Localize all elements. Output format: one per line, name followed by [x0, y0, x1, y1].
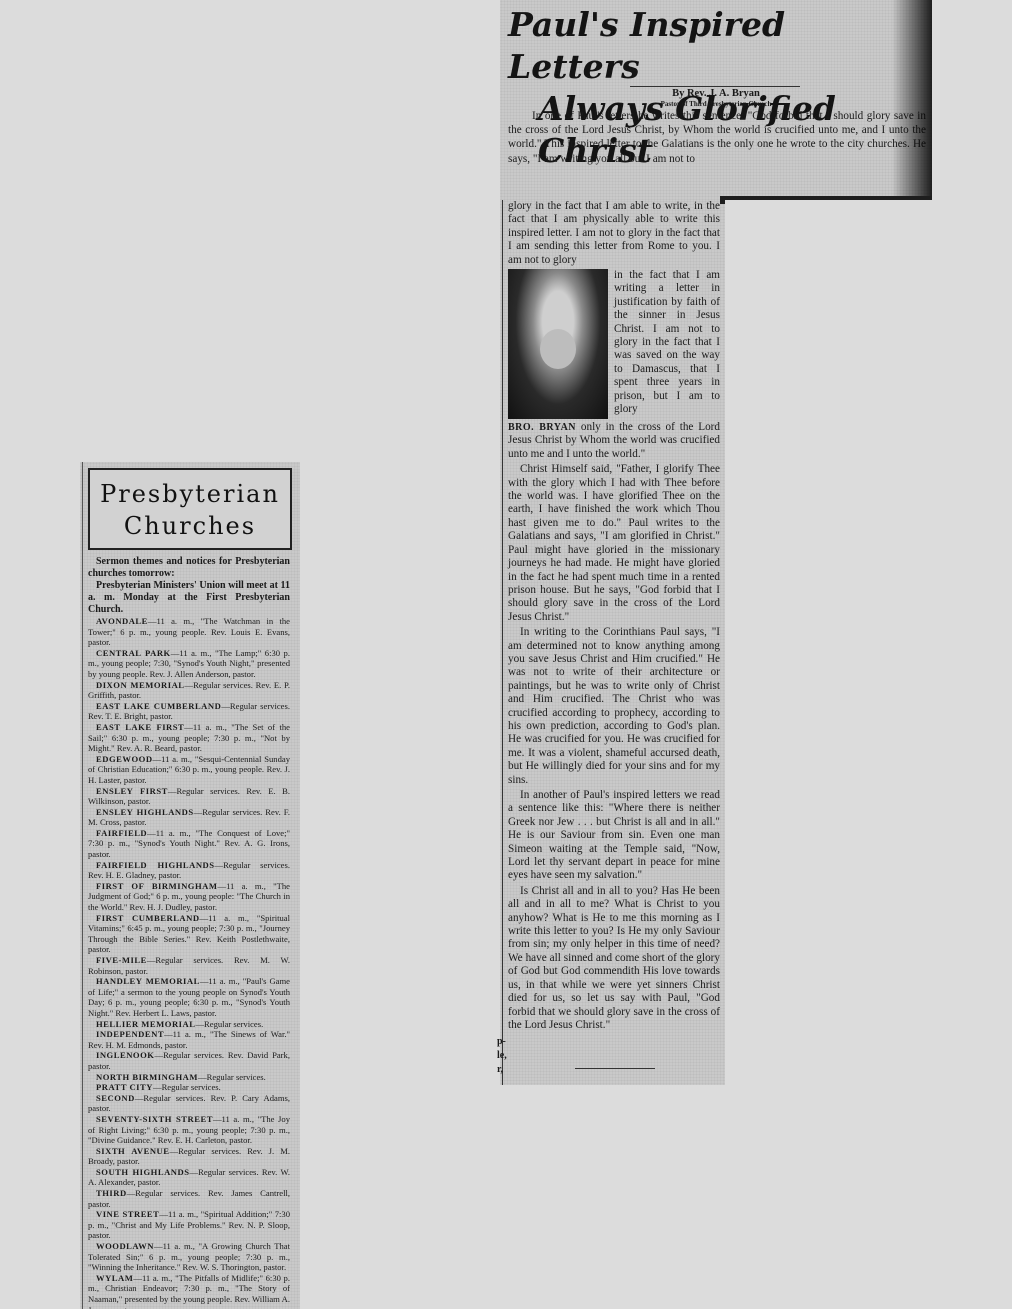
body-paragraph-2: In writing to the Corinthians Paul says,…	[508, 626, 720, 787]
church-listing: SECOND—Regular services. Rev. P. Cary Ad…	[88, 1093, 290, 1114]
church-listing: FAIRFIELD HIGHLANDS—Regular services. Re…	[88, 860, 290, 881]
church-listing: WYLAM—11 a. m., "The Pitfalls of Midlife…	[88, 1273, 290, 1309]
opening-paragraph: In one of Paul's letters he writes this …	[508, 109, 926, 166]
church-name: INDEPENDENT	[96, 1029, 164, 1039]
church-name: WOODLAWN	[96, 1241, 154, 1251]
photo-caption: BRO. BRYAN	[508, 422, 576, 433]
church-name: FAIRFIELD	[96, 828, 147, 838]
margin-fragment: le,	[497, 1050, 507, 1061]
article-body-column: glory in the fact that I am able to writ…	[508, 182, 720, 1034]
church-listing: THIRD—Regular services. Rev. James Cantr…	[88, 1188, 290, 1209]
church-listing: FAIRFIELD—11 a. m., "The Conquest of Lov…	[88, 828, 290, 860]
presbyterian-churches-clipping: Presbyterian Churches Sermon themes and …	[80, 462, 300, 1309]
photo-block: in the fact that I am writing a letter i…	[508, 269, 720, 421]
church-name: EAST LAKE FIRST	[96, 722, 184, 732]
listing-details: —Regular services.	[195, 1019, 263, 1029]
church-name: INGLENOOK	[96, 1050, 154, 1060]
caption-line: BRO. BRYAN only in the cross of the Lord…	[508, 421, 720, 461]
portrait-beard	[540, 329, 576, 369]
text-beside-photo: in the fact that I am writing a letter i…	[614, 269, 720, 415]
church-listing: EAST LAKE CUMBERLAND—Regular services. R…	[88, 701, 290, 722]
church-listing: DIXON MEMORIAL—Regular services. Rev. E.…	[88, 680, 290, 701]
church-name: WYLAM	[96, 1273, 133, 1283]
church-listing: HELLIER MEMORIAL—Regular services.	[88, 1019, 290, 1030]
headline-line-1: Paul's Inspired Letters	[508, 4, 928, 88]
church-name: PRATT CITY	[96, 1082, 153, 1092]
church-listing: PRATT CITY—Regular services.	[88, 1082, 290, 1093]
church-name: CENTRAL PARK	[96, 648, 171, 658]
church-name: EAST LAKE CUMBERLAND	[96, 701, 221, 711]
church-listing: VINE STREET—11 a. m., "Spiritual Additio…	[88, 1209, 290, 1241]
church-name: ENSLEY FIRST	[96, 786, 168, 796]
church-listing: FIRST OF BIRMINGHAM—11 a. m., "The Judgm…	[88, 881, 290, 913]
church-listing: SEVENTY-SIXTH STREET—11 a. m., "The Joy …	[88, 1114, 290, 1146]
end-rule	[575, 1068, 655, 1069]
listing-details: —Regular services.	[198, 1072, 266, 1082]
intro-text: Sermon themes and notices for Presbyteri…	[88, 556, 290, 580]
church-listing: SOUTH HIGHLANDS—Regular services. Rev. W…	[88, 1167, 290, 1188]
opening-paragraph-text: In one of Paul's letters he writes this …	[508, 109, 926, 166]
byline-title: Pastor of Third Presbyterian Church	[500, 100, 932, 108]
listing-details: —Regular services.	[153, 1082, 221, 1092]
headline-rule	[630, 86, 800, 87]
church-name: SEVENTY-SIXTH STREET	[96, 1114, 213, 1124]
church-name: HANDLEY MEMORIAL	[96, 976, 200, 986]
heading-line-2: Churches	[90, 510, 290, 542]
church-listing: NORTH BIRMINGHAM—Regular services.	[88, 1072, 290, 1083]
column-rule	[82, 462, 83, 1309]
church-listing: CENTRAL PARK—11 a. m., "The Lamp;" 6:30 …	[88, 648, 290, 680]
church-name: THIRD	[96, 1188, 127, 1198]
church-name: FIRST OF BIRMINGHAM	[96, 881, 217, 891]
church-listings: AVONDALE—11 a. m., "The Watchman in the …	[88, 616, 290, 1309]
church-listing: HANDLEY MEMORIAL—11 a. m., "Paul's Game …	[88, 976, 290, 1018]
margin-fragment: p-	[497, 1036, 506, 1047]
church-listing: INGLENOOK—Regular services. Rev. David P…	[88, 1050, 290, 1071]
church-name: SECOND	[96, 1093, 135, 1103]
ministers-union-notice: Presbyterian Ministers' Union will meet …	[88, 580, 290, 616]
church-name: FIRST CUMBERLAND	[96, 913, 200, 923]
church-name: EDGEWOOD	[96, 754, 153, 764]
church-name: DIXON MEMORIAL	[96, 680, 185, 690]
church-name: NORTH BIRMINGHAM	[96, 1072, 198, 1082]
section-heading-box: Presbyterian Churches	[88, 468, 292, 550]
church-name: SIXTH AVENUE	[96, 1146, 170, 1156]
church-listing: WOODLAWN—11 a. m., "A Growing Church Tha…	[88, 1241, 290, 1273]
margin-fragment: r,	[497, 1064, 503, 1075]
church-name: AVONDALE	[96, 616, 148, 626]
article-header-clipping: Paul's Inspired Letters Always Glorified…	[500, 0, 932, 200]
narrow-top-text: glory in the fact that I am able to writ…	[508, 200, 720, 267]
church-listing: FIVE-MILE—Regular services. Rev. M. W. R…	[88, 955, 290, 976]
church-name: HELLIER MEMORIAL	[96, 1019, 195, 1029]
church-listing: SIXTH AVENUE—Regular services. Rev. J. M…	[88, 1146, 290, 1167]
church-listing: FIRST CUMBERLAND—11 a. m., "Spiritual Vi…	[88, 913, 290, 955]
church-listing: ENSLEY FIRST—Regular services. Rev. E. B…	[88, 786, 290, 807]
article-body-clipping: glory in the fact that I am able to writ…	[500, 200, 725, 1085]
church-name: SOUTH HIGHLANDS	[96, 1167, 190, 1177]
church-name: ENSLEY HIGHLANDS	[96, 807, 194, 817]
church-listing: AVONDALE—11 a. m., "The Watchman in the …	[88, 616, 290, 648]
church-name: FAIRFIELD HIGHLANDS	[96, 860, 215, 870]
church-listing: EDGEWOOD—11 a. m., "Sesqui-Centennial Su…	[88, 754, 290, 786]
byline: By Rev. J. A. Bryan	[500, 88, 932, 99]
church-listing: EAST LAKE FIRST—11 a. m., "The Set of th…	[88, 722, 290, 754]
body-paragraph-3: In another of Paul's inspired letters we…	[508, 789, 720, 883]
church-listing: INDEPENDENT—11 a. m., "The Sinews of War…	[88, 1029, 290, 1050]
church-listings-column: Sermon themes and notices for Presbyteri…	[80, 556, 300, 1309]
blank-region	[725, 200, 932, 1085]
church-name: FIVE-MILE	[96, 955, 147, 965]
portrait-photo	[508, 269, 608, 419]
church-listing: ENSLEY HIGHLANDS—Regular services. Rev. …	[88, 807, 290, 828]
church-name: VINE STREET	[96, 1209, 159, 1219]
body-paragraph-1: Christ Himself said, "Father, I glorify …	[508, 463, 720, 624]
column-rule	[502, 200, 503, 1085]
scan-shadow	[892, 0, 932, 200]
body-paragraph-4: Is Christ all and in all to you? Has He …	[508, 885, 720, 1032]
heading-line-1: Presbyterian	[90, 478, 290, 510]
